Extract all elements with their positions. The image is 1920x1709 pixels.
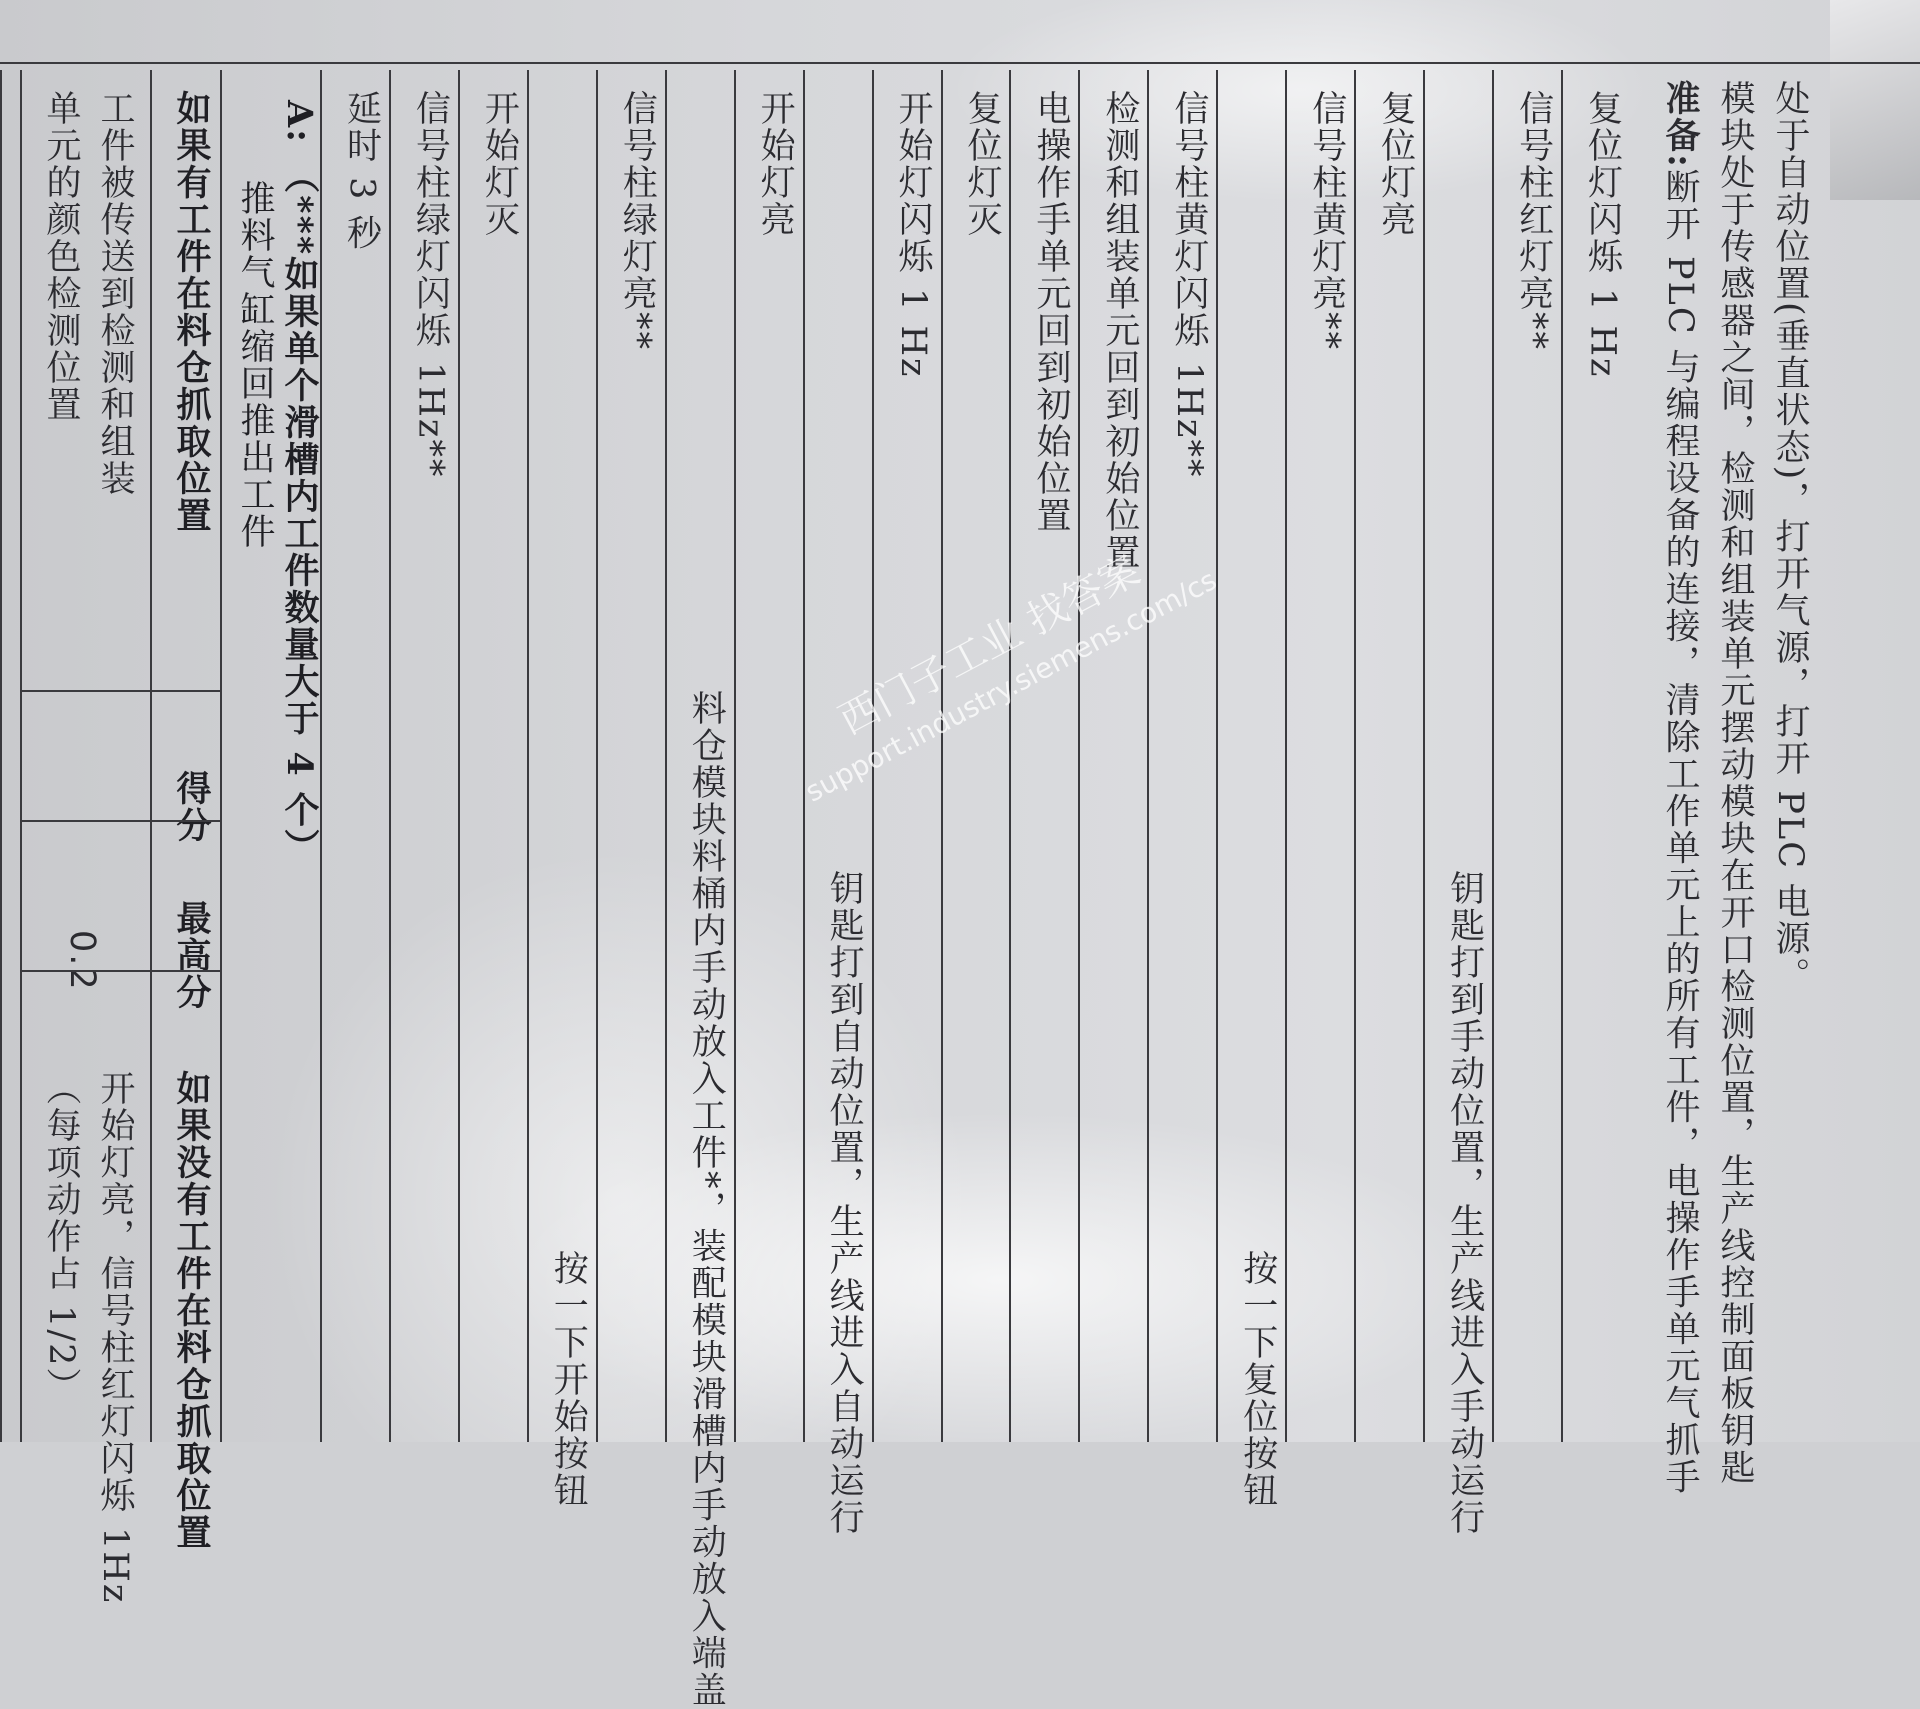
table-row: 信号柱黄灯闪烁 1Hz** xyxy=(1147,70,1216,1442)
max-score-value: 0.2 xyxy=(62,930,102,992)
prep-label: 准备: xyxy=(1660,80,1701,169)
section-a-title: A: （***如果单个滑槽内工件数量大于 4 个） xyxy=(274,100,324,866)
table-row: 电操作手单元回到初始位置 xyxy=(1009,70,1078,1442)
bold-row-left: 如果有工件在料仓抓取位置 xyxy=(166,90,216,534)
row-step-text: 信号柱黄灯亮** xyxy=(1302,90,1352,351)
score-cell-divider xyxy=(20,820,220,822)
row-step-text: 信号柱红灯亮** xyxy=(1509,90,1559,351)
row-step-text: 开始灯灭 xyxy=(474,90,524,238)
row-step-text: 电操作手单元回到初始位置 xyxy=(1026,90,1076,534)
row-step-text: 信号柱绿灯亮** xyxy=(612,90,662,351)
table-row: 按一下开始按钮 xyxy=(527,70,596,1442)
table-row: 信号柱黄灯亮** xyxy=(1285,70,1354,1442)
row-action-text: 按一下复位按钮 xyxy=(1233,1250,1283,1442)
document-photo: 准备:断开 PLC 与编程设备的连接，清除工作单元上的所有工件，电操作手单元气抓… xyxy=(0,0,1920,1442)
prep-line-1: 准备:断开 PLC 与编程设备的连接，清除工作单元上的所有工件，电操作手单元气抓… xyxy=(1655,80,1705,1442)
row-step-text: 延时 3 秒 xyxy=(336,90,386,252)
last-row-left-1: 工件被传送到检测和组装 xyxy=(90,90,140,497)
row-step-text: 开始灯亮 xyxy=(750,90,800,238)
table-row: 钥匙打到手动位置，生产线进入手动运行 xyxy=(1423,70,1492,1442)
row-step-text: 检测和组装单元回到初始位置 xyxy=(1095,90,1145,571)
row-step-text: 复位灯亮 xyxy=(1371,90,1421,238)
table-row: 复位灯闪烁 1 Hz xyxy=(1561,70,1630,1442)
score-cell-divider xyxy=(20,970,220,972)
table-row: 信号柱绿灯闪烁 1Hz** xyxy=(389,70,458,1442)
row-step-text: 复位灯灭 xyxy=(957,90,1007,238)
last-row: 工件被传送到检测和组装 单元的颜色检测位置 0.2 开始灯亮，信号柱红灯闪烁 1… xyxy=(20,70,150,1442)
max-score-header: 最高分 xyxy=(166,900,216,1011)
table-top-border xyxy=(0,62,1920,64)
row-step-text: 开始灯闪烁 1 Hz xyxy=(888,90,938,378)
row-step-text: 信号柱黄灯闪烁 1Hz** xyxy=(1164,90,1214,478)
table-row: 复位灯灭 xyxy=(941,70,1010,1442)
table-row: 延时 3 秒 xyxy=(320,70,389,1442)
corner-device-image xyxy=(1830,0,1920,200)
row-step-text: 复位灯闪烁 1 Hz xyxy=(1578,90,1628,378)
table-row: 按一下复位按钮 xyxy=(1216,70,1285,1442)
table-row: 信号柱红灯亮** xyxy=(1492,70,1561,1442)
section-a-sub: 推料气缸缩回推出工件 xyxy=(230,180,280,550)
prep-block: 准备:断开 PLC 与编程设备的连接，清除工作单元上的所有工件，电操作手单元气抓… xyxy=(1630,70,1830,1442)
last-row-right-2: （每项动作占 1/2） xyxy=(36,1070,86,1404)
last-row-left-2: 单元的颜色检测位置 xyxy=(36,90,86,423)
score-header: 得分 xyxy=(166,770,216,844)
table-row: 开始灯灭 xyxy=(458,70,527,1442)
prep-line-3: 处于自动位置(垂直状态)，打开气源，打开 PLC 电源。 xyxy=(1765,80,1815,994)
table-row: 复位灯亮 xyxy=(1354,70,1423,1442)
last-row-right-1: 开始灯亮，信号柱红灯闪烁 1Hz xyxy=(90,1070,140,1442)
section-a: A: （***如果单个滑槽内工件数量大于 4 个） 推料气缸缩回推出工件 xyxy=(220,70,320,1442)
table-row: 检测和组装单元回到初始位置 xyxy=(1078,70,1147,1442)
table-row: 信号柱绿灯亮** xyxy=(596,70,665,1442)
table-left-edge xyxy=(0,70,20,1442)
bold-row-right: 如果没有工件在料仓抓取位置 xyxy=(166,1070,216,1442)
prep-line-2: 模块处于传感器之间，检测和组装单元摆动模块在开口检测位置，生产线控制面板钥匙 xyxy=(1710,80,1760,1442)
row-action-text: 钥匙打到自动位置，生产线进入自动运行 xyxy=(819,870,869,1442)
row-action-text: 按一下开始按钮 xyxy=(543,1250,593,1442)
row-action-text: 钥匙打到手动位置，生产线进入手动运行 xyxy=(1440,870,1490,1442)
row-action-text: 料仓模块料桶内手动放入工件*，装配模块滑槽内手动放入端盖 xyxy=(681,690,731,1442)
table-row: 料仓模块料桶内手动放入工件*，装配模块滑槽内手动放入端盖 xyxy=(665,70,734,1442)
score-cell-divider xyxy=(20,690,220,692)
bold-row: 如果有工件在料仓抓取位置 得分 最高分 如果没有工件在料仓抓取位置 xyxy=(150,70,220,1442)
row-step-text: 信号柱绿灯闪烁 1Hz** xyxy=(405,90,455,478)
